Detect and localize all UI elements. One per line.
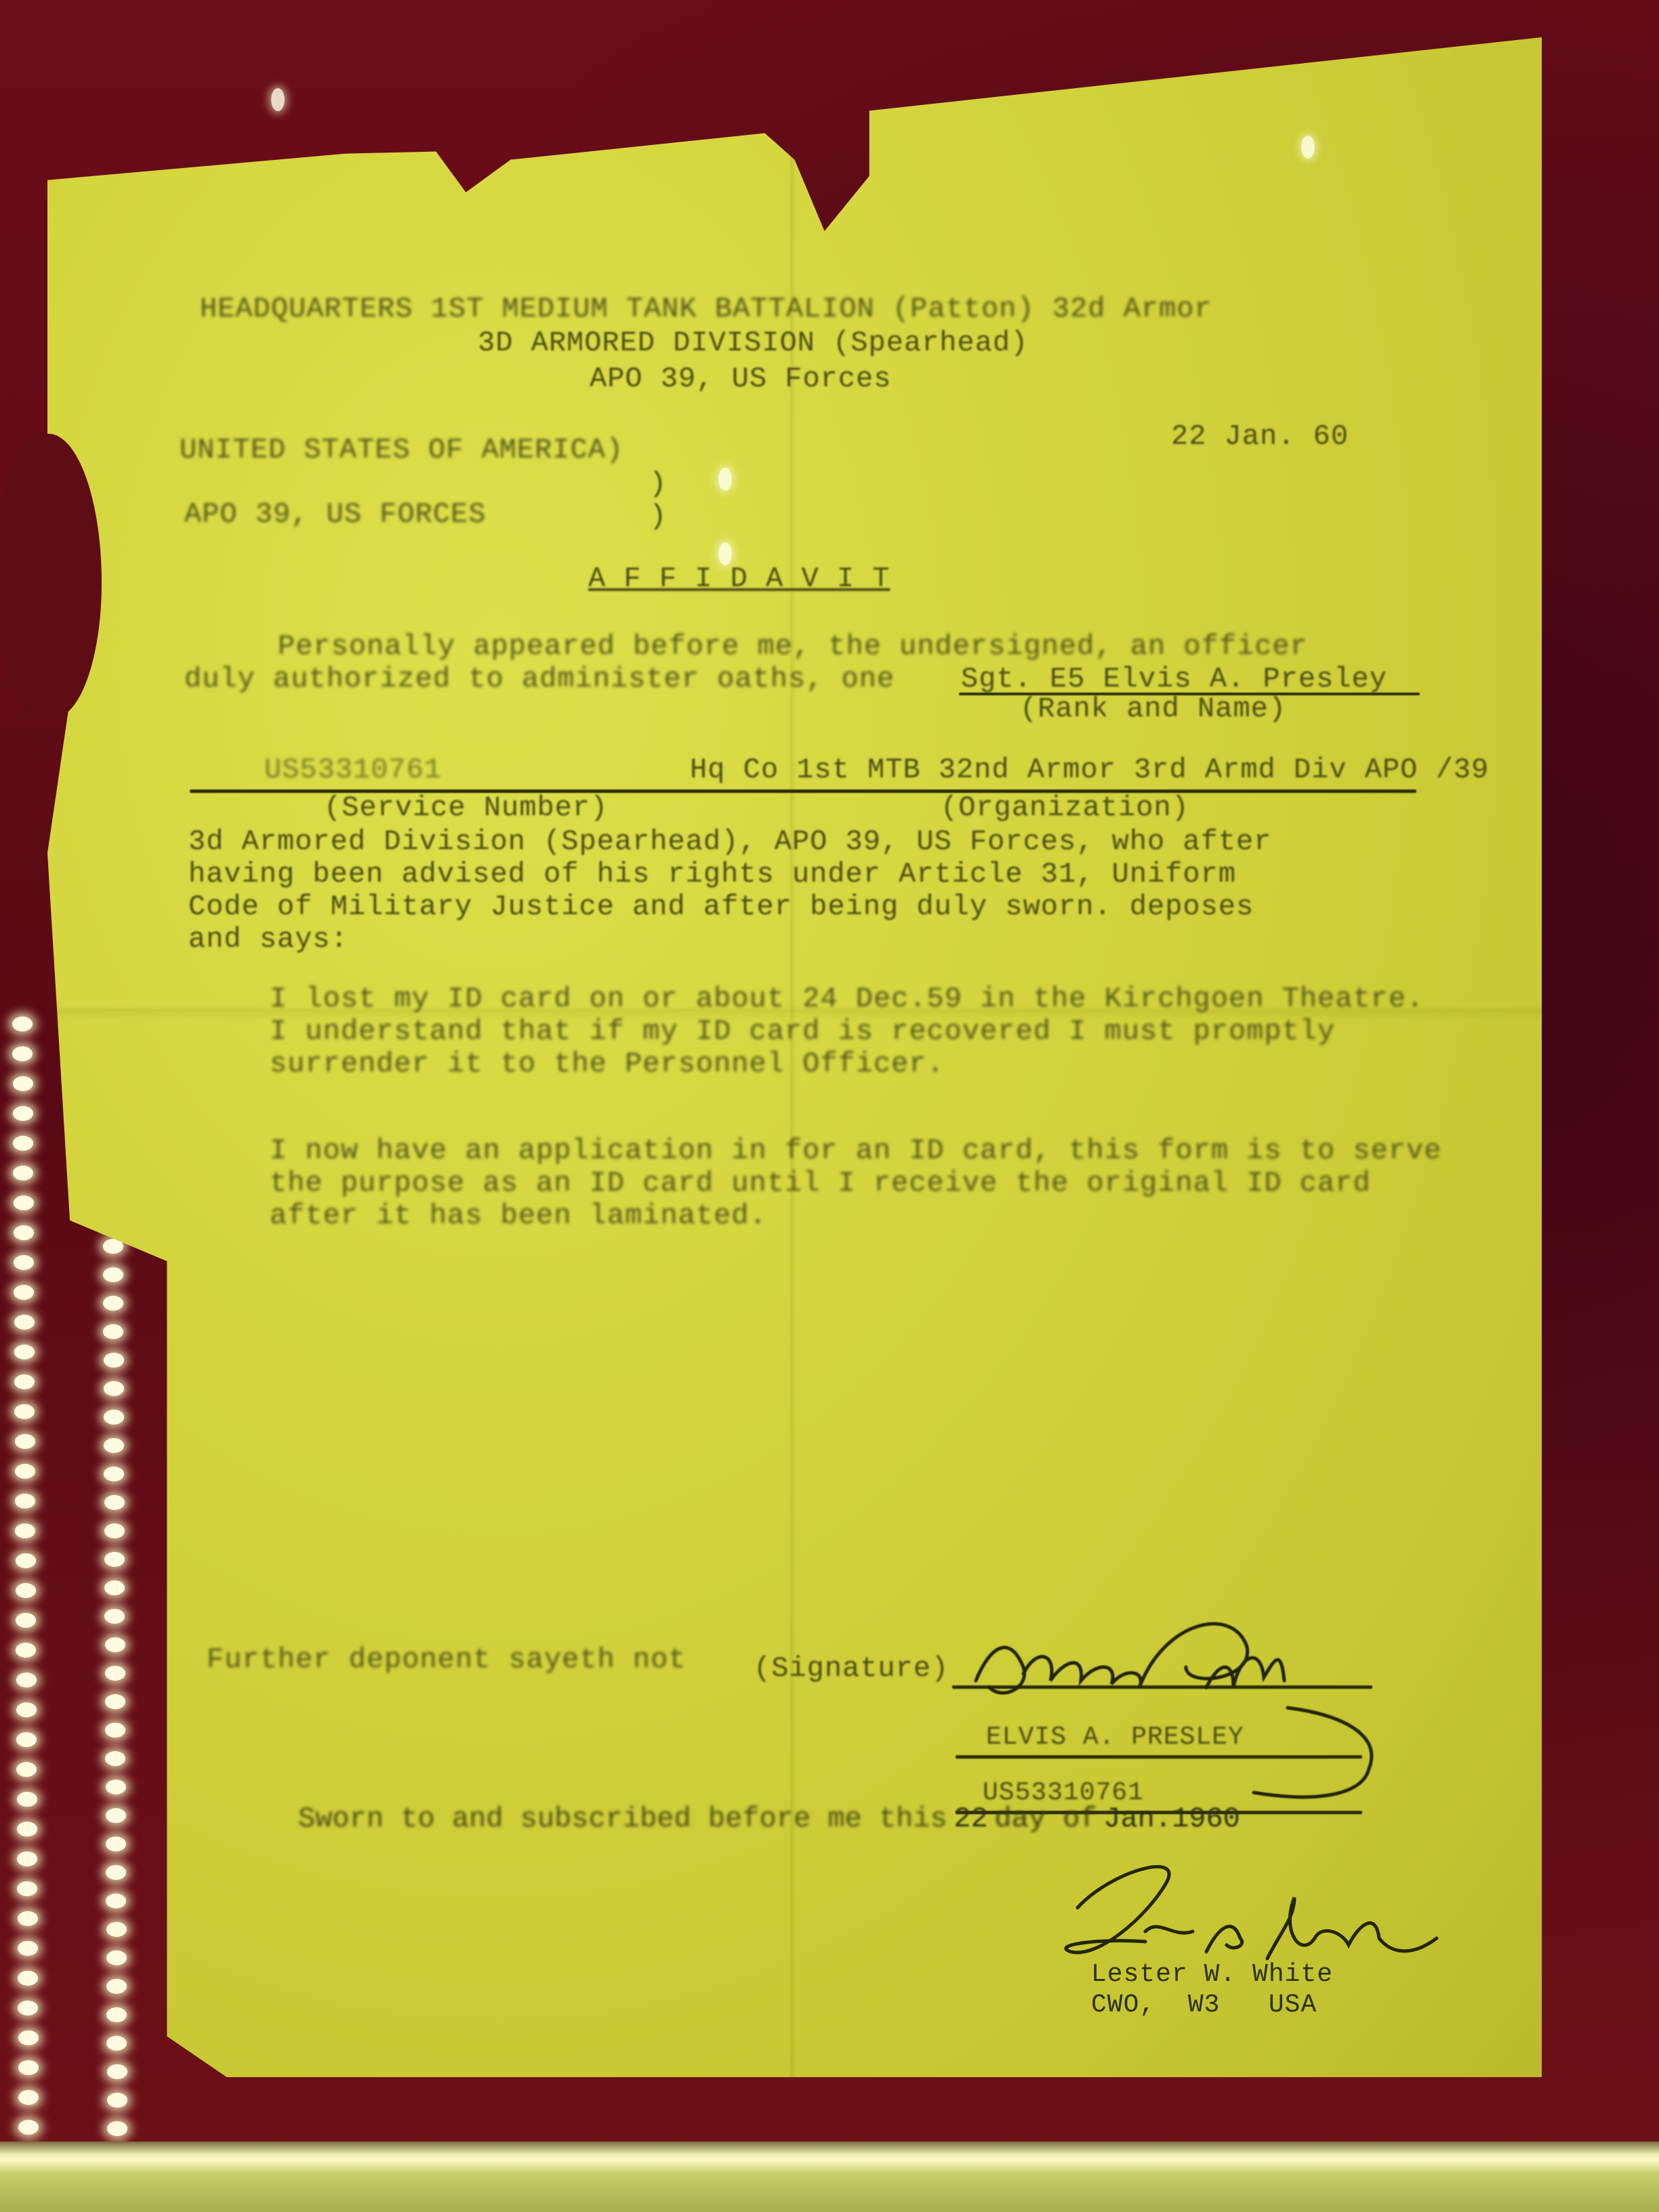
led-light bbox=[106, 2007, 127, 2022]
text-line: having been advised of his rights under … bbox=[188, 858, 1271, 890]
sworn-month-year: Jan.1960 bbox=[1103, 1803, 1240, 1835]
officer-name: Lester W. White bbox=[1091, 1959, 1333, 1991]
led-light bbox=[18, 1971, 38, 1986]
statement-id-application: I now have an application in for an ID c… bbox=[270, 1134, 1441, 1232]
glare-spot bbox=[271, 88, 285, 111]
led-light bbox=[16, 1732, 37, 1747]
further-deponent-text: Further deponent sayeth not bbox=[207, 1643, 687, 1676]
led-light bbox=[104, 1438, 124, 1453]
glare-spot bbox=[718, 542, 732, 565]
led-light bbox=[103, 1296, 123, 1311]
led-light bbox=[104, 1381, 124, 1396]
text-line: after it has been laminated. bbox=[270, 1200, 1441, 1232]
sworn-day-of: day of bbox=[994, 1803, 1097, 1835]
led-light bbox=[15, 1494, 35, 1509]
led-light bbox=[17, 1851, 37, 1866]
document-date: 22 Jan. 60 bbox=[1171, 420, 1349, 453]
led-light bbox=[16, 1553, 36, 1568]
led-light bbox=[104, 1410, 124, 1425]
glare-spot bbox=[718, 468, 732, 491]
text-line: the purpose as an ID card until I receiv… bbox=[270, 1167, 1441, 1200]
glare-spot bbox=[1301, 136, 1315, 159]
organization-value: Hq Co 1st MTB 32nd Armor 3rd Armd Div AP… bbox=[690, 754, 1489, 786]
document-title: A F F I D A V I T bbox=[588, 562, 890, 595]
service-number-label: (Service Number) bbox=[324, 792, 608, 824]
led-light bbox=[16, 1613, 36, 1628]
caption-bracket: ) bbox=[649, 500, 667, 533]
led-light bbox=[16, 1583, 36, 1598]
led-light bbox=[106, 1780, 126, 1795]
led-light bbox=[106, 1979, 127, 1994]
led-light bbox=[14, 1315, 35, 1330]
led-light bbox=[107, 2121, 127, 2136]
led-light bbox=[16, 1702, 37, 1717]
led-light bbox=[16, 1673, 37, 1687]
led-light bbox=[104, 1552, 125, 1567]
led-light bbox=[13, 1136, 33, 1151]
led-light bbox=[103, 1267, 123, 1282]
led-light bbox=[106, 1950, 127, 1965]
led-light bbox=[105, 1637, 125, 1652]
text-line: surrender it to the Personnel Officer. bbox=[270, 1048, 1424, 1080]
led-light bbox=[105, 1694, 125, 1709]
text-line: Code of Military Justice and after being… bbox=[188, 890, 1271, 923]
header-line-3: APO 39, US Forces bbox=[590, 363, 891, 395]
header-line-1: HEADQUARTERS 1ST MEDIUM TANK BATTALION (… bbox=[200, 293, 1212, 325]
led-light bbox=[15, 1464, 35, 1479]
led-light bbox=[14, 1255, 34, 1270]
text-line: I now have an application in for an ID c… bbox=[270, 1134, 1441, 1167]
led-light bbox=[105, 1666, 125, 1681]
officer-rank: CWO, W3 USA bbox=[1091, 1989, 1317, 2022]
display-case-frame-edge bbox=[0, 2142, 1659, 2212]
text-line: 3d Armored Division (Spearhead), APO 39,… bbox=[188, 825, 1271, 858]
led-light bbox=[14, 1374, 35, 1389]
led-light bbox=[104, 1495, 125, 1510]
rank-and-name-value: Sgt. E5 Elvis A. Presley bbox=[961, 663, 1387, 695]
text-line: I understand that if my ID card is recov… bbox=[270, 1015, 1424, 1048]
organization-label: (Organization) bbox=[941, 792, 1189, 824]
text-line: I lost my ID card on or about 24 Dec.59 … bbox=[270, 983, 1424, 1015]
led-light bbox=[14, 1195, 34, 1210]
led-light bbox=[17, 1822, 37, 1837]
led-light bbox=[104, 1580, 125, 1595]
statement-lost-id-card: I lost my ID card on or about 24 Dec.59 … bbox=[270, 983, 1424, 1080]
deponent-name-underline bbox=[956, 1755, 1362, 1759]
led-light bbox=[106, 1808, 126, 1823]
led-light bbox=[13, 1106, 33, 1121]
text-line: and says: bbox=[188, 923, 1271, 956]
rank-and-name-label: (Rank and Name) bbox=[1020, 693, 1286, 725]
led-light bbox=[104, 1523, 125, 1538]
led-light bbox=[12, 1017, 33, 1031]
service-number-value: US53310761 bbox=[264, 754, 442, 786]
intro-line-2: duly authorized to administer oaths, one bbox=[184, 663, 895, 695]
deposition-paragraph: 3d Armored Division (Spearhead), APO 39,… bbox=[188, 825, 1271, 956]
deponent-typed-name: ELVIS A. PRESLEY bbox=[986, 1721, 1244, 1754]
signature-label: (Signature) bbox=[754, 1652, 949, 1685]
led-light bbox=[105, 1723, 125, 1738]
intro-line-1: Personally appeared before me, the under… bbox=[278, 630, 1308, 663]
sworn-statement: Sworn to and subscribed before me this 2… bbox=[298, 1803, 1240, 1835]
caption-united-states: UNITED STATES OF AMERICA) bbox=[180, 434, 623, 466]
led-light bbox=[13, 1076, 33, 1091]
led-light bbox=[106, 1865, 126, 1880]
caption-apo: APO 39, US FORCES bbox=[184, 498, 486, 531]
led-light bbox=[18, 2060, 39, 2075]
header-line-2: 3D ARMORED DIVISION (Spearhead) bbox=[478, 327, 1028, 359]
led-light bbox=[106, 1922, 127, 1937]
led-light bbox=[107, 2064, 127, 2079]
led-light bbox=[14, 1345, 35, 1359]
led-light bbox=[17, 1792, 37, 1807]
led-light bbox=[106, 1837, 126, 1851]
sworn-prefix: Sworn to and subscribed before me this bbox=[298, 1803, 947, 1835]
led-light bbox=[18, 2030, 39, 2045]
led-light bbox=[14, 1225, 34, 1240]
led-light bbox=[18, 2090, 39, 2105]
sworn-day: 22 bbox=[954, 1803, 987, 1835]
led-light bbox=[15, 1434, 35, 1449]
led-light bbox=[104, 1353, 124, 1368]
caption-bracket: ) bbox=[649, 468, 667, 500]
led-light bbox=[18, 1941, 38, 1956]
led-light bbox=[107, 2093, 127, 2108]
led-light bbox=[18, 1911, 38, 1926]
